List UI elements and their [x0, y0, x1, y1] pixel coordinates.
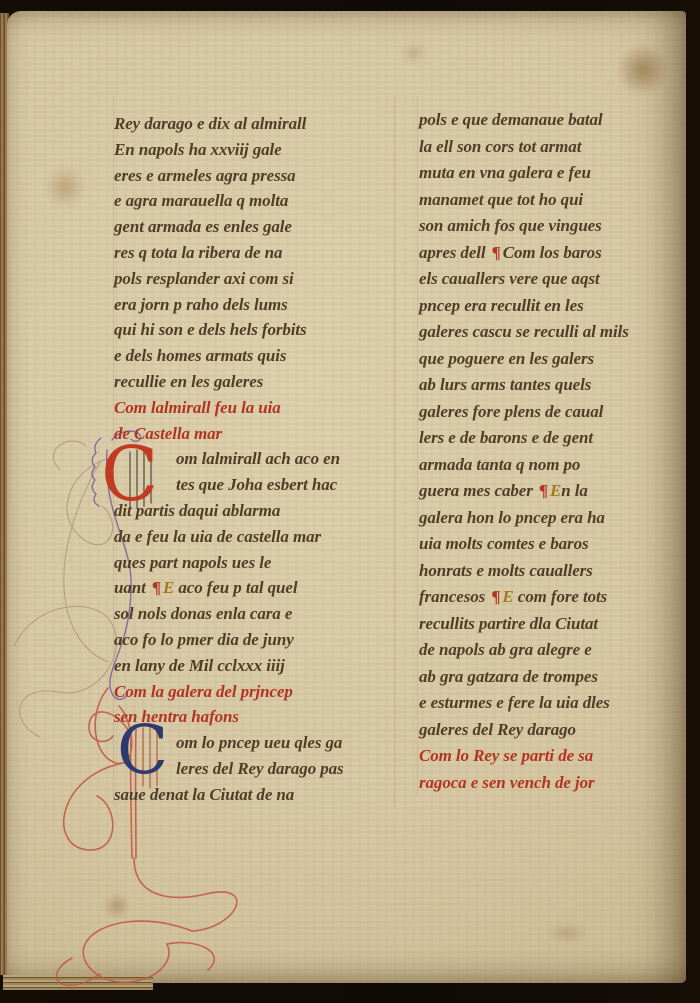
text-line: armada tanta q nom po [419, 455, 697, 482]
text-segment: qui hi son e dels hels forbits [114, 320, 307, 339]
text-line: e esturmes e fere la uia dles [419, 693, 697, 720]
text-segment: ab lurs arms tantes quels [419, 375, 591, 394]
text-segment: de napols ab gra alegre e [419, 640, 592, 659]
text-segment: tes que Joha esbert hac [176, 475, 337, 494]
text-segment: om lalmirall ach aco en [176, 449, 340, 468]
text-segment: uia molts comtes e baros [419, 534, 589, 553]
text-segment: armada tanta q nom po [419, 455, 580, 474]
paragraph-mark: ¶ [489, 587, 502, 606]
paragraph-mark: ¶ [537, 481, 550, 500]
text-segment: res q tota la ribera de na [114, 243, 282, 262]
stain [545, 922, 589, 944]
text-segment: galeres cascu se reculli al mils [419, 322, 629, 341]
stain [103, 893, 131, 919]
text-line: en lany de Mil cclxxx iiij [114, 656, 396, 682]
text-segment: En napols ha xxviij gale [114, 140, 282, 159]
text-line: pols e que demanaue batal [419, 110, 697, 137]
paragraph-mark: ¶ [150, 578, 163, 597]
text-segment: en lany de Mil cclxxx iiij [114, 656, 285, 675]
text-line: Com la galera del prjncep [114, 682, 396, 708]
text-segment: guera mes caber [419, 481, 537, 500]
text-line: uant ¶E aco feu p tal quel [114, 578, 396, 604]
text-segment: Com los baros [503, 243, 602, 262]
text-line: galeres cascu se reculli al mils [419, 322, 697, 349]
manuscript-photo: Rey darago e dix al almirallEn napols ha… [0, 0, 700, 1003]
text-line: uia molts comtes e baros [419, 534, 697, 561]
text-line: galeres fore plens de caual [419, 402, 697, 429]
text-segment: ab gra gatzara de trompes [419, 667, 598, 686]
text-line: gent armada es enles gale [114, 217, 396, 243]
text-line: da e feu la uia de castella mar [114, 527, 396, 553]
text-segment: E [502, 587, 513, 606]
text-line: pols resplander axi com si [114, 269, 396, 295]
decorated-initial-blue-c: C [117, 717, 168, 784]
text-line: ques part napols ues le [114, 553, 396, 579]
text-segment: apres dell [419, 243, 490, 262]
text-segment: que poguere en les galers [419, 349, 594, 368]
text-line: son amich fos que vingues [419, 216, 697, 243]
text-line: Com lo Rey se parti de sa [419, 746, 697, 773]
text-segment: lers e de barons e de gent [419, 428, 593, 447]
stain [616, 44, 670, 96]
text-line: Com lalmirall feu la uia [114, 398, 396, 424]
ruling-line [417, 96, 418, 796]
text-segment: galeres del Rey darago [419, 720, 576, 739]
text-line: e agra marauella q molta [114, 191, 396, 217]
text-line: era jorn p raho dels lums [114, 295, 396, 321]
text-line: lers e de barons e de gent [419, 428, 697, 455]
text-line: ab gra gatzara de trompes [419, 667, 697, 694]
text-column-right: pols e que demanaue batalla ell son cors… [419, 110, 697, 799]
text-segment: sol nols donas enla cara e [114, 604, 292, 623]
text-line: qui hi son e dels hels forbits [114, 320, 396, 346]
text-line: galeres del Rey darago [419, 720, 697, 747]
text-segment: e esturmes e fere la uia dles [419, 693, 610, 712]
text-segment: uant [114, 578, 150, 597]
text-line: recullie en les galeres [114, 372, 396, 398]
text-segment: recullie en les galeres [114, 372, 263, 391]
text-segment: pncep era recullit en les [419, 296, 584, 315]
text-segment: E [163, 578, 174, 597]
text-line: honrats e molts cauallers [419, 561, 697, 588]
text-segment: e dels homes armats quis [114, 346, 286, 365]
text-segment: e agra marauella q molta [114, 191, 288, 210]
text-segment: honrats e molts cauallers [419, 561, 593, 580]
text-line: muta en vna galera e feu [419, 163, 697, 190]
text-line: manamet que tot ho qui [419, 190, 697, 217]
text-line: guera mes caber ¶En la [419, 481, 697, 508]
text-line: eres e armeles agra pressa [114, 166, 396, 192]
paragraph-mark: ¶ [490, 243, 503, 262]
text-segment: Com lalmirall feu la uia [114, 398, 281, 417]
text-line: apres dell ¶Com los baros [419, 243, 697, 270]
text-segment: Com la galera del prjncep [114, 682, 293, 701]
text-line: recullits partire dla Ciutat [419, 614, 697, 641]
text-segment: la ell son cors tot armat [419, 137, 581, 156]
text-line: e dels homes armats quis [114, 346, 396, 372]
text-segment: Rey darago e dix al almirall [114, 114, 306, 133]
text-line: ab lurs arms tantes quels [419, 375, 697, 402]
text-line: pncep era recullit en les [419, 296, 697, 323]
text-segment: ques part napols ues le [114, 553, 271, 572]
decorated-initial-red-c: C [101, 437, 158, 512]
text-segment: leres del Rey darago pas [176, 759, 344, 778]
text-line: francesos ¶E com fore tots [419, 587, 697, 614]
text-line: En napols ha xxviij gale [114, 140, 396, 166]
text-line: ragoca e sen vench de jor [419, 773, 697, 800]
text-segment: els cauallers vere que aqst [419, 269, 600, 288]
text-segment: galera hon lo pncep era ha [419, 508, 605, 527]
text-segment: eres e armeles agra pressa [114, 166, 296, 185]
text-line: sol nols donas enla cara e [114, 604, 396, 630]
text-segment: Com lo Rey se parti de sa [419, 746, 593, 765]
text-segment: galeres fore plens de caual [419, 402, 603, 421]
text-segment: com fore tots [514, 587, 608, 606]
text-segment: pols e que demanaue batal [419, 110, 603, 129]
text-segment: E [550, 481, 561, 500]
text-segment: gent armada es enles gale [114, 217, 292, 236]
text-line: els cauallers vere que aqst [419, 269, 697, 296]
page-stack-edge [3, 975, 153, 990]
text-line: aco fo lo pmer dia de juny [114, 630, 396, 656]
text-segment: aco feu p tal quel [174, 578, 297, 597]
text-segment: ragoca e sen vench de jor [419, 773, 595, 792]
text-line: res q tota la ribera de na [114, 243, 396, 269]
text-line: galera hon lo pncep era ha [419, 508, 697, 535]
text-segment: francesos [419, 587, 489, 606]
text-segment: aco fo lo pmer dia de juny [114, 630, 294, 649]
text-line: la ell son cors tot armat [419, 137, 697, 164]
text-line: de napols ab gra alegre e [419, 640, 697, 667]
text-segment: da e feu la uia de castella mar [114, 527, 321, 546]
stain [44, 166, 86, 208]
text-segment: pols resplander axi com si [114, 269, 294, 288]
text-segment: manamet que tot ho qui [419, 190, 583, 209]
text-line: que poguere en les galers [419, 349, 697, 376]
stain [400, 42, 428, 64]
text-segment: era jorn p raho dels lums [114, 295, 288, 314]
text-segment: son amich fos que vingues [419, 216, 602, 235]
text-line: Rey darago e dix al almirall [114, 114, 396, 140]
text-segment: om lo pncep ueu qles ga [176, 733, 342, 752]
text-segment: muta en vna galera e feu [419, 163, 591, 182]
text-segment: recullits partire dla Ciutat [419, 614, 598, 633]
text-segment: n la [561, 481, 588, 500]
